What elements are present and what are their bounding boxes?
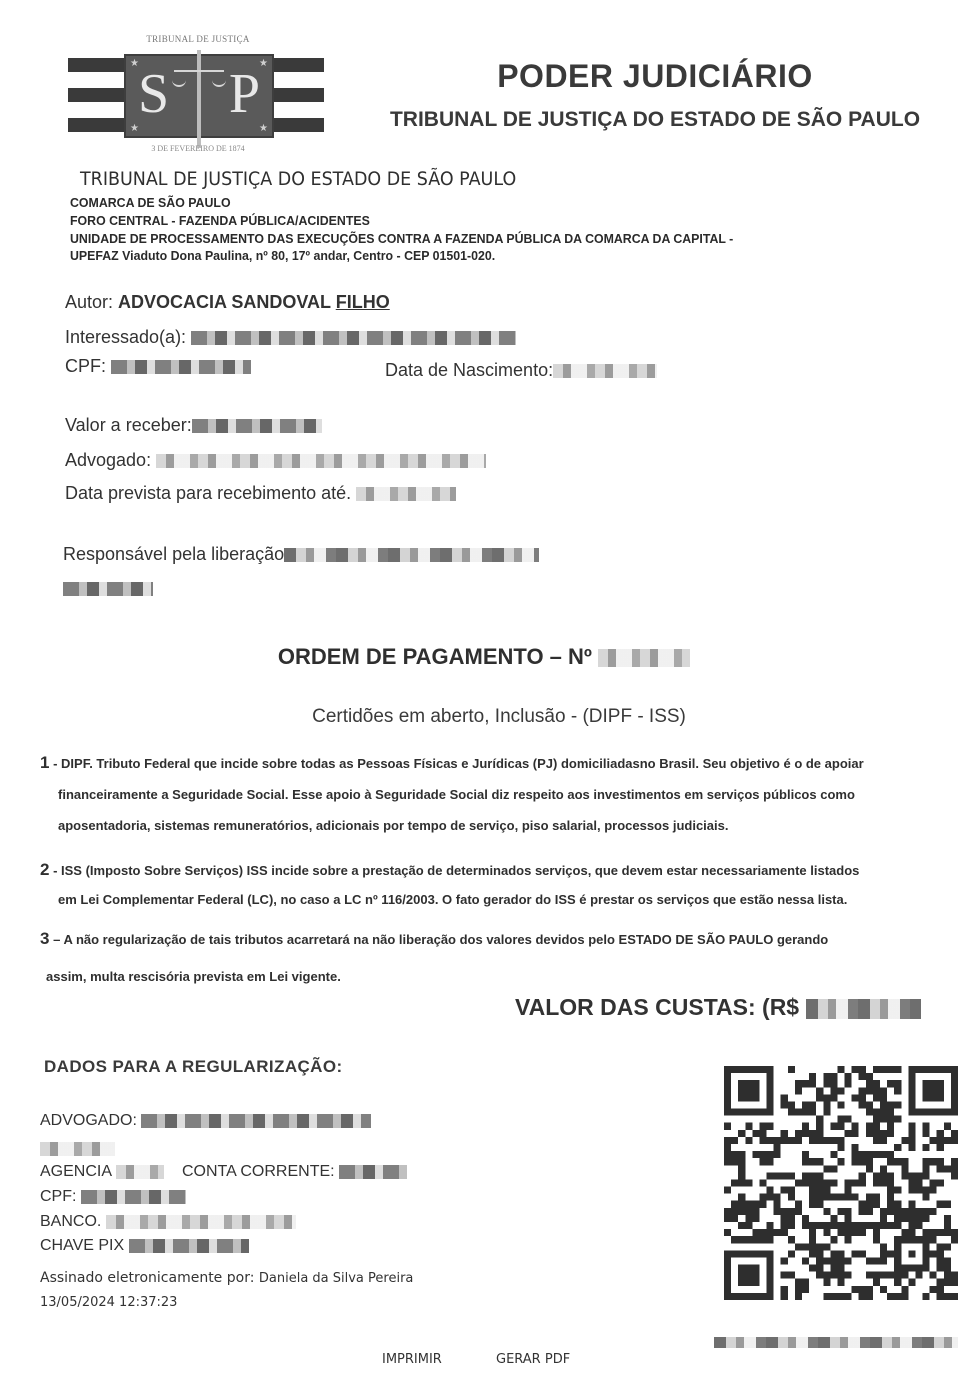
custas-label: VALOR DAS CUSTAS: (R$	[515, 994, 799, 1020]
logo-letter-s: S	[138, 66, 169, 122]
reg-pix-label: CHAVE PIX	[40, 1237, 124, 1254]
order-title-text: ORDEM DE PAGAMENTO – Nº	[278, 644, 592, 669]
signer-name: Daniela da Silva Pereira	[259, 1271, 414, 1286]
item-text: – A não regularização de tais tributos a…	[49, 932, 828, 947]
autor-field: Autor: ADVOCACIA SANDOVAL FILHO	[65, 292, 390, 313]
star-icon: ★	[259, 58, 268, 69]
logo-stripe	[68, 88, 124, 102]
logo-emblem: ★ ★ ★ ★ S P	[124, 54, 274, 138]
responsavel-field: Responsável pela liberação	[63, 544, 539, 565]
order-title: ORDEM DE PAGAMENTO – Nº	[0, 644, 968, 670]
responsavel-label: Responsável pela liberação	[63, 544, 284, 564]
reg-advogado-label: ADVOGADO:	[40, 1112, 137, 1129]
responsavel-continued	[63, 580, 153, 598]
signature: Assinado eletronicamente por: Daniela da…	[40, 1270, 413, 1286]
court-name: TRIBUNAL DE JUSTIÇA DO ESTADO DE SÃO PAU…	[80, 168, 516, 190]
logo-stripe	[68, 58, 124, 72]
generate-pdf-button[interactable]: GERAR PDF	[496, 1352, 570, 1367]
page-subtitle: TRIBUNAL DE JUSTIÇA DO ESTADO DE SÃO PAU…	[360, 108, 950, 132]
item-text: financeiramente a Seguridade Social. Ess…	[40, 779, 950, 810]
cpf-label: CPF:	[65, 356, 106, 376]
redacted-value	[129, 1239, 249, 1253]
reg-agencia-label: AGENCIA	[40, 1163, 111, 1180]
redacted-value	[339, 1165, 407, 1179]
redacted-value	[714, 1337, 958, 1348]
reg-conta: CONTA CORRENTE:	[182, 1163, 407, 1181]
nascimento-label: Data de Nascimento:	[385, 360, 553, 380]
item-1: 1 - DIPF. Tributo Federal que incide sob…	[40, 747, 950, 841]
autor-value-underlined: FILHO	[336, 292, 390, 312]
redacted-value	[40, 1142, 115, 1156]
redacted-order-number	[598, 649, 690, 667]
redacted-value	[156, 454, 486, 468]
data-prevista-label: Data prevista para recebimento até.	[65, 483, 351, 503]
sword-icon	[197, 50, 201, 148]
logo-top-text: TRIBUNAL DE JUSTIÇA	[128, 34, 268, 44]
logo-letter-p: P	[229, 66, 260, 122]
qr-caption	[714, 1334, 958, 1352]
reg-cpf: CPF:	[40, 1188, 186, 1206]
redacted-value	[116, 1165, 164, 1179]
scale-pan-icon	[212, 78, 226, 87]
advogado-field: Advogado:	[65, 450, 486, 471]
data-prevista-field: Data prevista para recebimento até.	[65, 483, 456, 504]
item-2: 2 - ISS (Imposto Sobre Serviços) ISS inc…	[40, 855, 950, 914]
reg-pix: CHAVE PIX	[40, 1237, 249, 1255]
logo-bottom-text: 3 DE FEVEREIRO DE 1874	[128, 144, 268, 153]
order-subtitle: Certidões em aberto, Inclusão - (DIPF - …	[0, 706, 968, 728]
signature-timestamp: 13/05/2024 12:37:23	[40, 1295, 177, 1310]
logo-stripe	[270, 118, 324, 132]
qr-code-icon	[724, 1066, 958, 1300]
redacted-value	[553, 364, 657, 378]
redacted-value	[81, 1190, 186, 1204]
redacted-value	[141, 1114, 371, 1128]
court-line: UNIDADE DE PROCESSAMENTO DAS EXECUÇÕES C…	[70, 231, 733, 246]
valor-field: Valor a receber:	[65, 415, 322, 436]
redacted-custas-value	[806, 999, 921, 1019]
autor-label: Autor:	[65, 292, 113, 312]
court-address: UPEFAZ Viaduto Dona Paulina, nº 80, 17º …	[70, 248, 495, 263]
redacted-value	[192, 419, 322, 433]
page-title: PODER JUDICIÁRIO	[360, 58, 950, 95]
court-line: COMARCA DE SÃO PAULO	[70, 195, 231, 210]
logo-stripe	[270, 88, 324, 102]
item-text: assim, multa rescisória prevista em Lei …	[40, 958, 950, 995]
scales-icon	[174, 70, 224, 72]
reg-banco-label: BANCO.	[40, 1213, 101, 1230]
tjsp-logo: TRIBUNAL DE JUSTIÇA ★ ★ ★ ★ S P 3 DE FEV…	[68, 30, 324, 160]
star-icon: ★	[259, 123, 268, 134]
redacted-value	[111, 360, 251, 374]
item-text: - DIPF. Tributo Federal que incide sobre…	[49, 756, 863, 771]
interessado-field: Interessado(a):	[65, 327, 516, 348]
scale-pan-icon	[172, 78, 186, 87]
redacted-value	[106, 1215, 296, 1229]
reg-banco: BANCO.	[40, 1213, 296, 1231]
item-text: em Lei Complementar Federal (LC), no cas…	[40, 885, 950, 914]
reg-advogado: ADVOGADO:	[40, 1112, 371, 1130]
interessado-label: Interessado(a):	[65, 327, 186, 347]
valor-custas: VALOR DAS CUSTAS: (R$	[515, 994, 921, 1021]
nascimento-field: Data de Nascimento:	[385, 360, 657, 381]
reg-conta-label: CONTA CORRENTE:	[182, 1163, 335, 1180]
redacted-value	[356, 487, 456, 501]
reg-agencia: AGENCIA	[40, 1163, 164, 1181]
advogado-label: Advogado:	[65, 450, 151, 470]
cpf-field: CPF:	[65, 356, 251, 377]
logo-stripe	[68, 118, 124, 132]
reg-advogado-continued	[40, 1140, 115, 1158]
autor-value: ADVOCACIA SANDOVAL	[118, 292, 336, 312]
item-3: 3 – A não regularização de tais tributos…	[40, 920, 950, 995]
logo-stripe	[270, 58, 324, 72]
court-line: FORO CENTRAL - FAZENDA PÚBLICA/ACIDENTES	[70, 213, 370, 228]
valor-label: Valor a receber:	[65, 415, 192, 435]
signature-label: Assinado eletronicamente por:	[40, 1270, 259, 1286]
redacted-value	[191, 331, 516, 345]
redacted-value	[284, 548, 539, 562]
item-text: aposentadoria, sistemas remuneratórios, …	[40, 810, 950, 841]
redacted-value	[63, 582, 153, 596]
regularizacao-title: DADOS PARA A REGULARIZAÇÃO:	[44, 1057, 343, 1077]
print-button[interactable]: IMPRIMIR	[382, 1352, 442, 1367]
reg-cpf-label: CPF:	[40, 1188, 76, 1205]
item-text: - ISS (Imposto Sobre Serviços) ISS incid…	[49, 863, 859, 878]
